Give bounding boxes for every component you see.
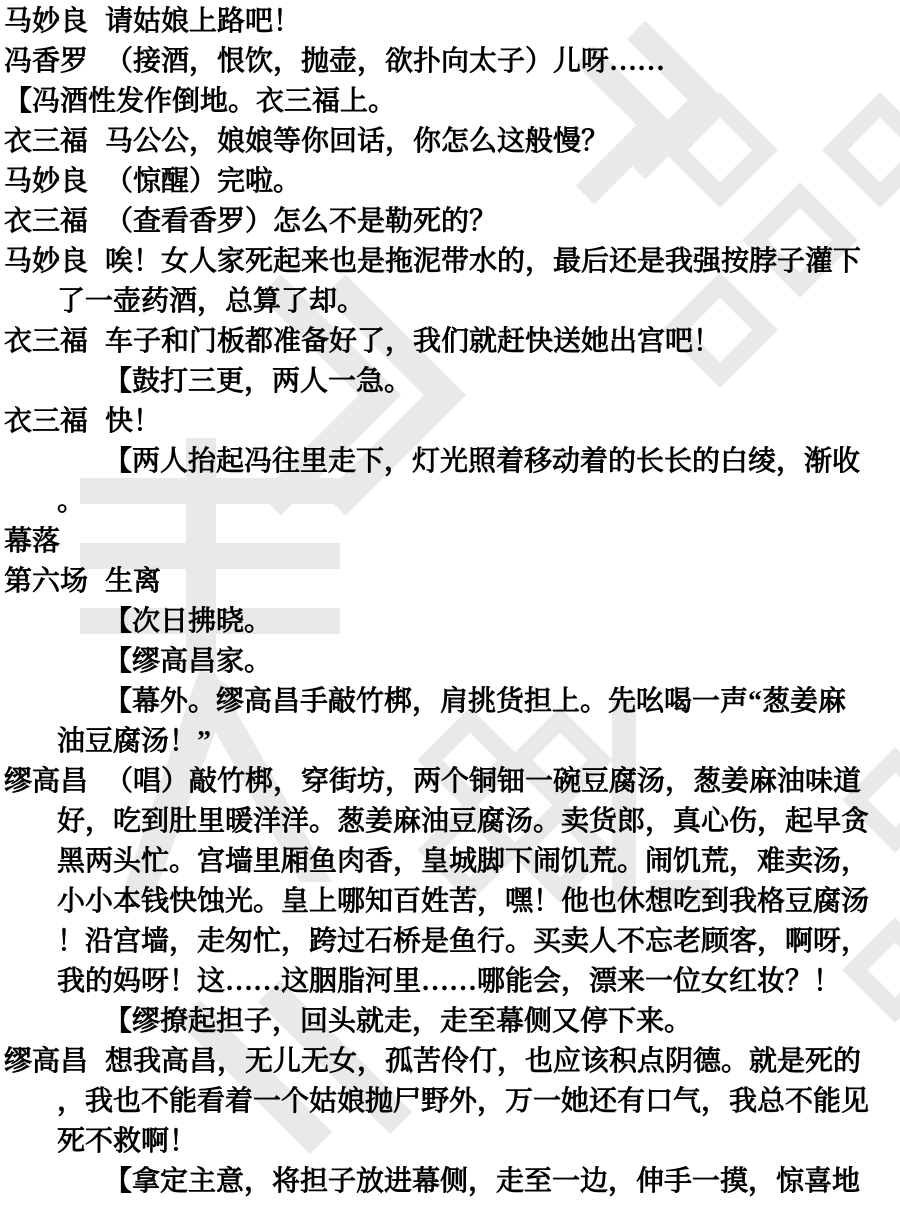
script-line: 冯香罗（接酒，恨饮，抛壶，欲扑向太子）儿呀…… bbox=[0, 42, 900, 82]
script-line: 缪高昌想我高昌，无儿无女，孤苦伶仃，也应该积点阴德。就是死的 bbox=[0, 1042, 900, 1082]
script-line: 【幕外。缪高昌手敲竹梆，肩挑货担上。先吆喝一声“葱姜麻 bbox=[0, 682, 900, 722]
line-text: （接酒，恨饮，抛壶，欲扑向太子）儿呀…… bbox=[105, 46, 665, 77]
line-text: 想我高昌，无儿无女，孤苦伶仃，也应该积点阴德。就是死的 bbox=[105, 1046, 861, 1077]
speaker-name: 衣三福 bbox=[4, 202, 105, 242]
line-text: ！沿宫墙，走匆忙，跨过石桥是鱼行。买卖人不忘老顾客，啊呀， bbox=[57, 926, 869, 957]
script-line: 衣三福快！ bbox=[0, 402, 900, 442]
line-text: 生离 bbox=[105, 566, 161, 597]
script-line: 【两人抬起冯往里走下，灯光照着移动着的长长的白绫，渐收 bbox=[0, 442, 900, 482]
speaker-name: 衣三福 bbox=[4, 122, 105, 162]
line-text: 死不救啊！ bbox=[57, 1126, 197, 1157]
line-text: 快！ bbox=[105, 406, 161, 437]
script-line: 好，吃到肚里暖洋洋。葱姜麻油豆腐汤。卖货郎，真心伤，起早贪 bbox=[0, 802, 900, 842]
line-text: 小小本钱快蚀光。皇上哪知百姓苦，嘿！他也休想吃到我格豆腐汤 bbox=[57, 886, 869, 917]
line-text: 【冯酒性发作倒地。衣三福上。 bbox=[4, 86, 396, 117]
speaker-name: 马妙良 bbox=[4, 2, 105, 42]
line-text: 马公公，娘娘等你回话，你怎么这般慢？ bbox=[105, 126, 609, 157]
script-line: 马妙良请姑娘上路吧！ bbox=[0, 2, 900, 42]
line-text: 油豆腐汤！” bbox=[57, 726, 211, 757]
line-text: （查看香罗）怎么不是勒死的？ bbox=[105, 206, 497, 237]
speaker-name: 衣三福 bbox=[4, 402, 105, 442]
line-text: 。 bbox=[57, 486, 85, 517]
script-line: 我的妈呀！这……这胭脂河里……哪能会，漂来一位女红妆？！ bbox=[0, 962, 900, 1002]
line-text: 【缪高昌家。 bbox=[104, 646, 272, 677]
speaker-name: 缪高昌 bbox=[4, 1042, 105, 1082]
script-line: 马妙良唉！女人家死起来也是拖泥带水的，最后还是我强按脖子灌下 bbox=[0, 242, 900, 282]
line-text: 请姑娘上路吧！ bbox=[105, 6, 301, 37]
script-lines: 马妙良请姑娘上路吧！冯香罗（接酒，恨饮，抛壶，欲扑向太子）儿呀……【冯酒性发作倒… bbox=[0, 0, 900, 1202]
line-text: 【拿定主意，将担子放进幕侧，走至一边，伸手一摸，惊喜地 bbox=[104, 1166, 860, 1197]
line-text: 车子和门板都准备好了，我们就赶快送她出宫吧！ bbox=[105, 326, 721, 357]
line-text: 黑两头忙。宫墙里厢鱼肉香，皇城脚下闹饥荒。闹饥荒，难卖汤， bbox=[57, 846, 869, 877]
speaker-name: 第六场 bbox=[4, 562, 105, 602]
line-text: 【幕外。缪高昌手敲竹梆，肩挑货担上。先吆喝一声“葱姜麻 bbox=[104, 686, 846, 717]
script-line: 。 bbox=[0, 482, 900, 522]
line-text: 【两人抬起冯往里走下，灯光照着移动着的长长的白绫，渐收 bbox=[104, 446, 860, 477]
script-line: 【缪撩起担子，回头就走，走至幕侧又停下来。 bbox=[0, 1002, 900, 1042]
speaker-name: 冯香罗 bbox=[4, 42, 105, 82]
line-text: 好，吃到肚里暖洋洋。葱姜麻油豆腐汤。卖货郎，真心伤，起早贪 bbox=[57, 806, 869, 837]
script-line: 了一壶药酒，总算了却。 bbox=[0, 282, 900, 322]
speaker-name: 马妙良 bbox=[4, 162, 105, 202]
speaker-name: 缪高昌 bbox=[4, 762, 105, 802]
script-line: 油豆腐汤！” bbox=[0, 722, 900, 762]
line-text: 唉！女人家死起来也是拖泥带水的，最后还是我强按脖子灌下 bbox=[105, 246, 861, 277]
speaker-name: 衣三福 bbox=[4, 322, 105, 362]
script-line: 马妙良（惊醒）完啦。 bbox=[0, 162, 900, 202]
line-text: 【次日拂晓。 bbox=[104, 606, 272, 637]
line-text: 幕落 bbox=[4, 526, 60, 557]
script-line: 衣三福马公公，娘娘等你回话，你怎么这般慢？ bbox=[0, 122, 900, 162]
script-line: ！沿宫墙，走匆忙，跨过石桥是鱼行。买卖人不忘老顾客，啊呀， bbox=[0, 922, 900, 962]
line-text: （惊醒）完啦。 bbox=[105, 166, 301, 197]
line-text: 了一壶药酒，总算了却。 bbox=[57, 286, 365, 317]
script-line: 衣三福车子和门板都准备好了，我们就赶快送她出宫吧！ bbox=[0, 322, 900, 362]
script-line: 幕落 bbox=[0, 522, 900, 562]
script-line: 缪高昌（唱）敲竹梆，穿街坊，两个铜钿一碗豆腐汤，葱姜麻油味道 bbox=[0, 762, 900, 802]
line-text: ，我也不能看着一个姑娘抛尸野外，万一她还有口气，我总不能见 bbox=[57, 1086, 869, 1117]
line-text: 我的妈呀！这……这胭脂河里……哪能会，漂来一位女红妆？！ bbox=[57, 966, 841, 997]
script-line: 衣三福（查看香罗）怎么不是勒死的？ bbox=[0, 202, 900, 242]
script-page: 马妙良请姑娘上路吧！冯香罗（接酒，恨饮，抛壶，欲扑向太子）儿呀……【冯酒性发作倒… bbox=[0, 0, 900, 1205]
script-line: 【鼓打三更，两人一急。 bbox=[0, 362, 900, 402]
line-text: （唱）敲竹梆，穿街坊，两个铜钿一碗豆腐汤，葱姜麻油味道 bbox=[105, 766, 861, 797]
line-text: 【缪撩起担子，回头就走，走至幕侧又停下来。 bbox=[104, 1006, 692, 1037]
script-line: 黑两头忙。宫墙里厢鱼肉香，皇城脚下闹饥荒。闹饥荒，难卖汤， bbox=[0, 842, 900, 882]
script-line: 小小本钱快蚀光。皇上哪知百姓苦，嘿！他也休想吃到我格豆腐汤 bbox=[0, 882, 900, 922]
line-text: 【鼓打三更，两人一急。 bbox=[104, 366, 412, 397]
script-line: 【冯酒性发作倒地。衣三福上。 bbox=[0, 82, 900, 122]
script-line: 【拿定主意，将担子放进幕侧，走至一边，伸手一摸，惊喜地 bbox=[0, 1162, 900, 1202]
speaker-name: 马妙良 bbox=[4, 242, 105, 282]
script-line: 死不救啊！ bbox=[0, 1122, 900, 1162]
script-line: 第六场生离 bbox=[0, 562, 900, 602]
script-line: ，我也不能看着一个姑娘抛尸野外，万一她还有口气，我总不能见 bbox=[0, 1082, 900, 1122]
script-line: 【次日拂晓。 bbox=[0, 602, 900, 642]
script-line: 【缪高昌家。 bbox=[0, 642, 900, 682]
